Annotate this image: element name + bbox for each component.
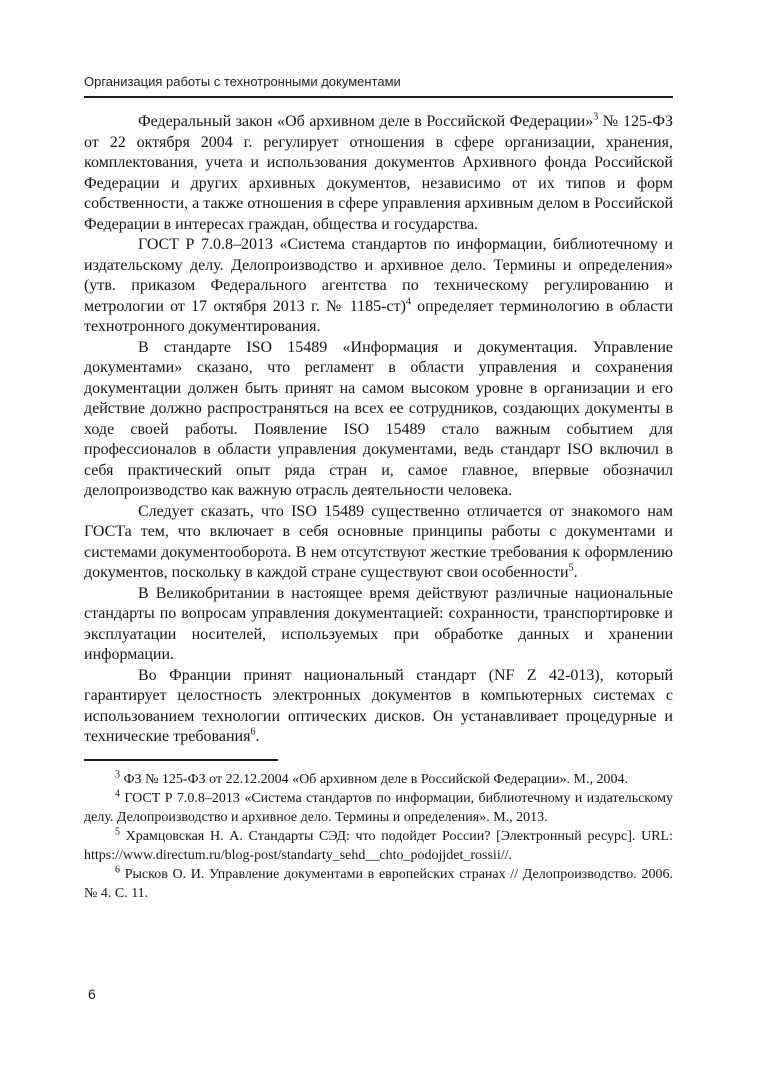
body-paragraph: Во Франции принят национальный стандарт …: [84, 666, 673, 748]
footnote-text: Храмцовская Н. А. Стандарты СЭД: что под…: [84, 829, 673, 863]
body-paragraph: Следует сказать, что ISO 15489 существен…: [84, 502, 673, 584]
body-paragraph: В стандарте ISO 15489 «Информация и доку…: [84, 338, 673, 502]
body-paragraph: В Великобритании в настоящее время дейст…: [84, 584, 673, 666]
paragraph-text: Федеральный закон «Об архивном деле в Ро…: [138, 113, 593, 130]
paragraph-text: Во Франции принят национальный стандарт …: [84, 667, 673, 746]
page-content: Организация работы с технотронными докум…: [84, 74, 673, 903]
body-paragraph: Федеральный закон «Об архивном деле в Ро…: [84, 112, 673, 235]
body-paragraph: ГОСТ Р 7.0.8–2013 «Система стандартов по…: [84, 235, 673, 338]
footnote: 6 Рысков О. И. Управление документами в …: [84, 865, 673, 903]
footnote: 5 Храмцовская Н. А. Стандарты СЭД: что п…: [84, 827, 673, 865]
footnote-text: ФЗ № 125-ФЗ от 22.12.2004 «Об архивном д…: [120, 772, 628, 787]
footnote-text: ГОСТ Р 7.0.8–2013 «Система стандартов по…: [84, 791, 673, 825]
footnote: 4 ГОСТ Р 7.0.8–2013 «Система стандартов …: [84, 789, 673, 827]
running-header: Организация работы с технотронными докум…: [84, 74, 673, 98]
paragraph-text: В Великобритании в настоящее время дейст…: [84, 585, 673, 664]
paragraph-text: Следует сказать, что ISO 15489 существен…: [84, 503, 673, 582]
footnote-text: Рысков О. И. Управление документами в ев…: [84, 867, 673, 901]
paragraph-text: .: [574, 564, 578, 581]
body-text: Федеральный закон «Об архивном деле в Ро…: [84, 112, 673, 748]
footnote-separator: [84, 759, 278, 761]
running-header-title: Организация работы с технотронными докум…: [84, 74, 401, 89]
paragraph-text: № 125-ФЗ от 22 октября 2004 г. регулируе…: [84, 113, 673, 233]
document-page: Организация работы с технотронными докум…: [0, 0, 763, 1080]
footnote: 3 ФЗ № 125-ФЗ от 22.12.2004 «Об архивном…: [84, 770, 673, 789]
paragraph-text: В стандарте ISO 15489 «Информация и доку…: [84, 339, 673, 500]
page-number: 6: [88, 986, 96, 1002]
footnotes-section: 3 ФЗ № 125-ФЗ от 22.12.2004 «Об архивном…: [84, 759, 673, 903]
paragraph-text: .: [255, 728, 259, 745]
